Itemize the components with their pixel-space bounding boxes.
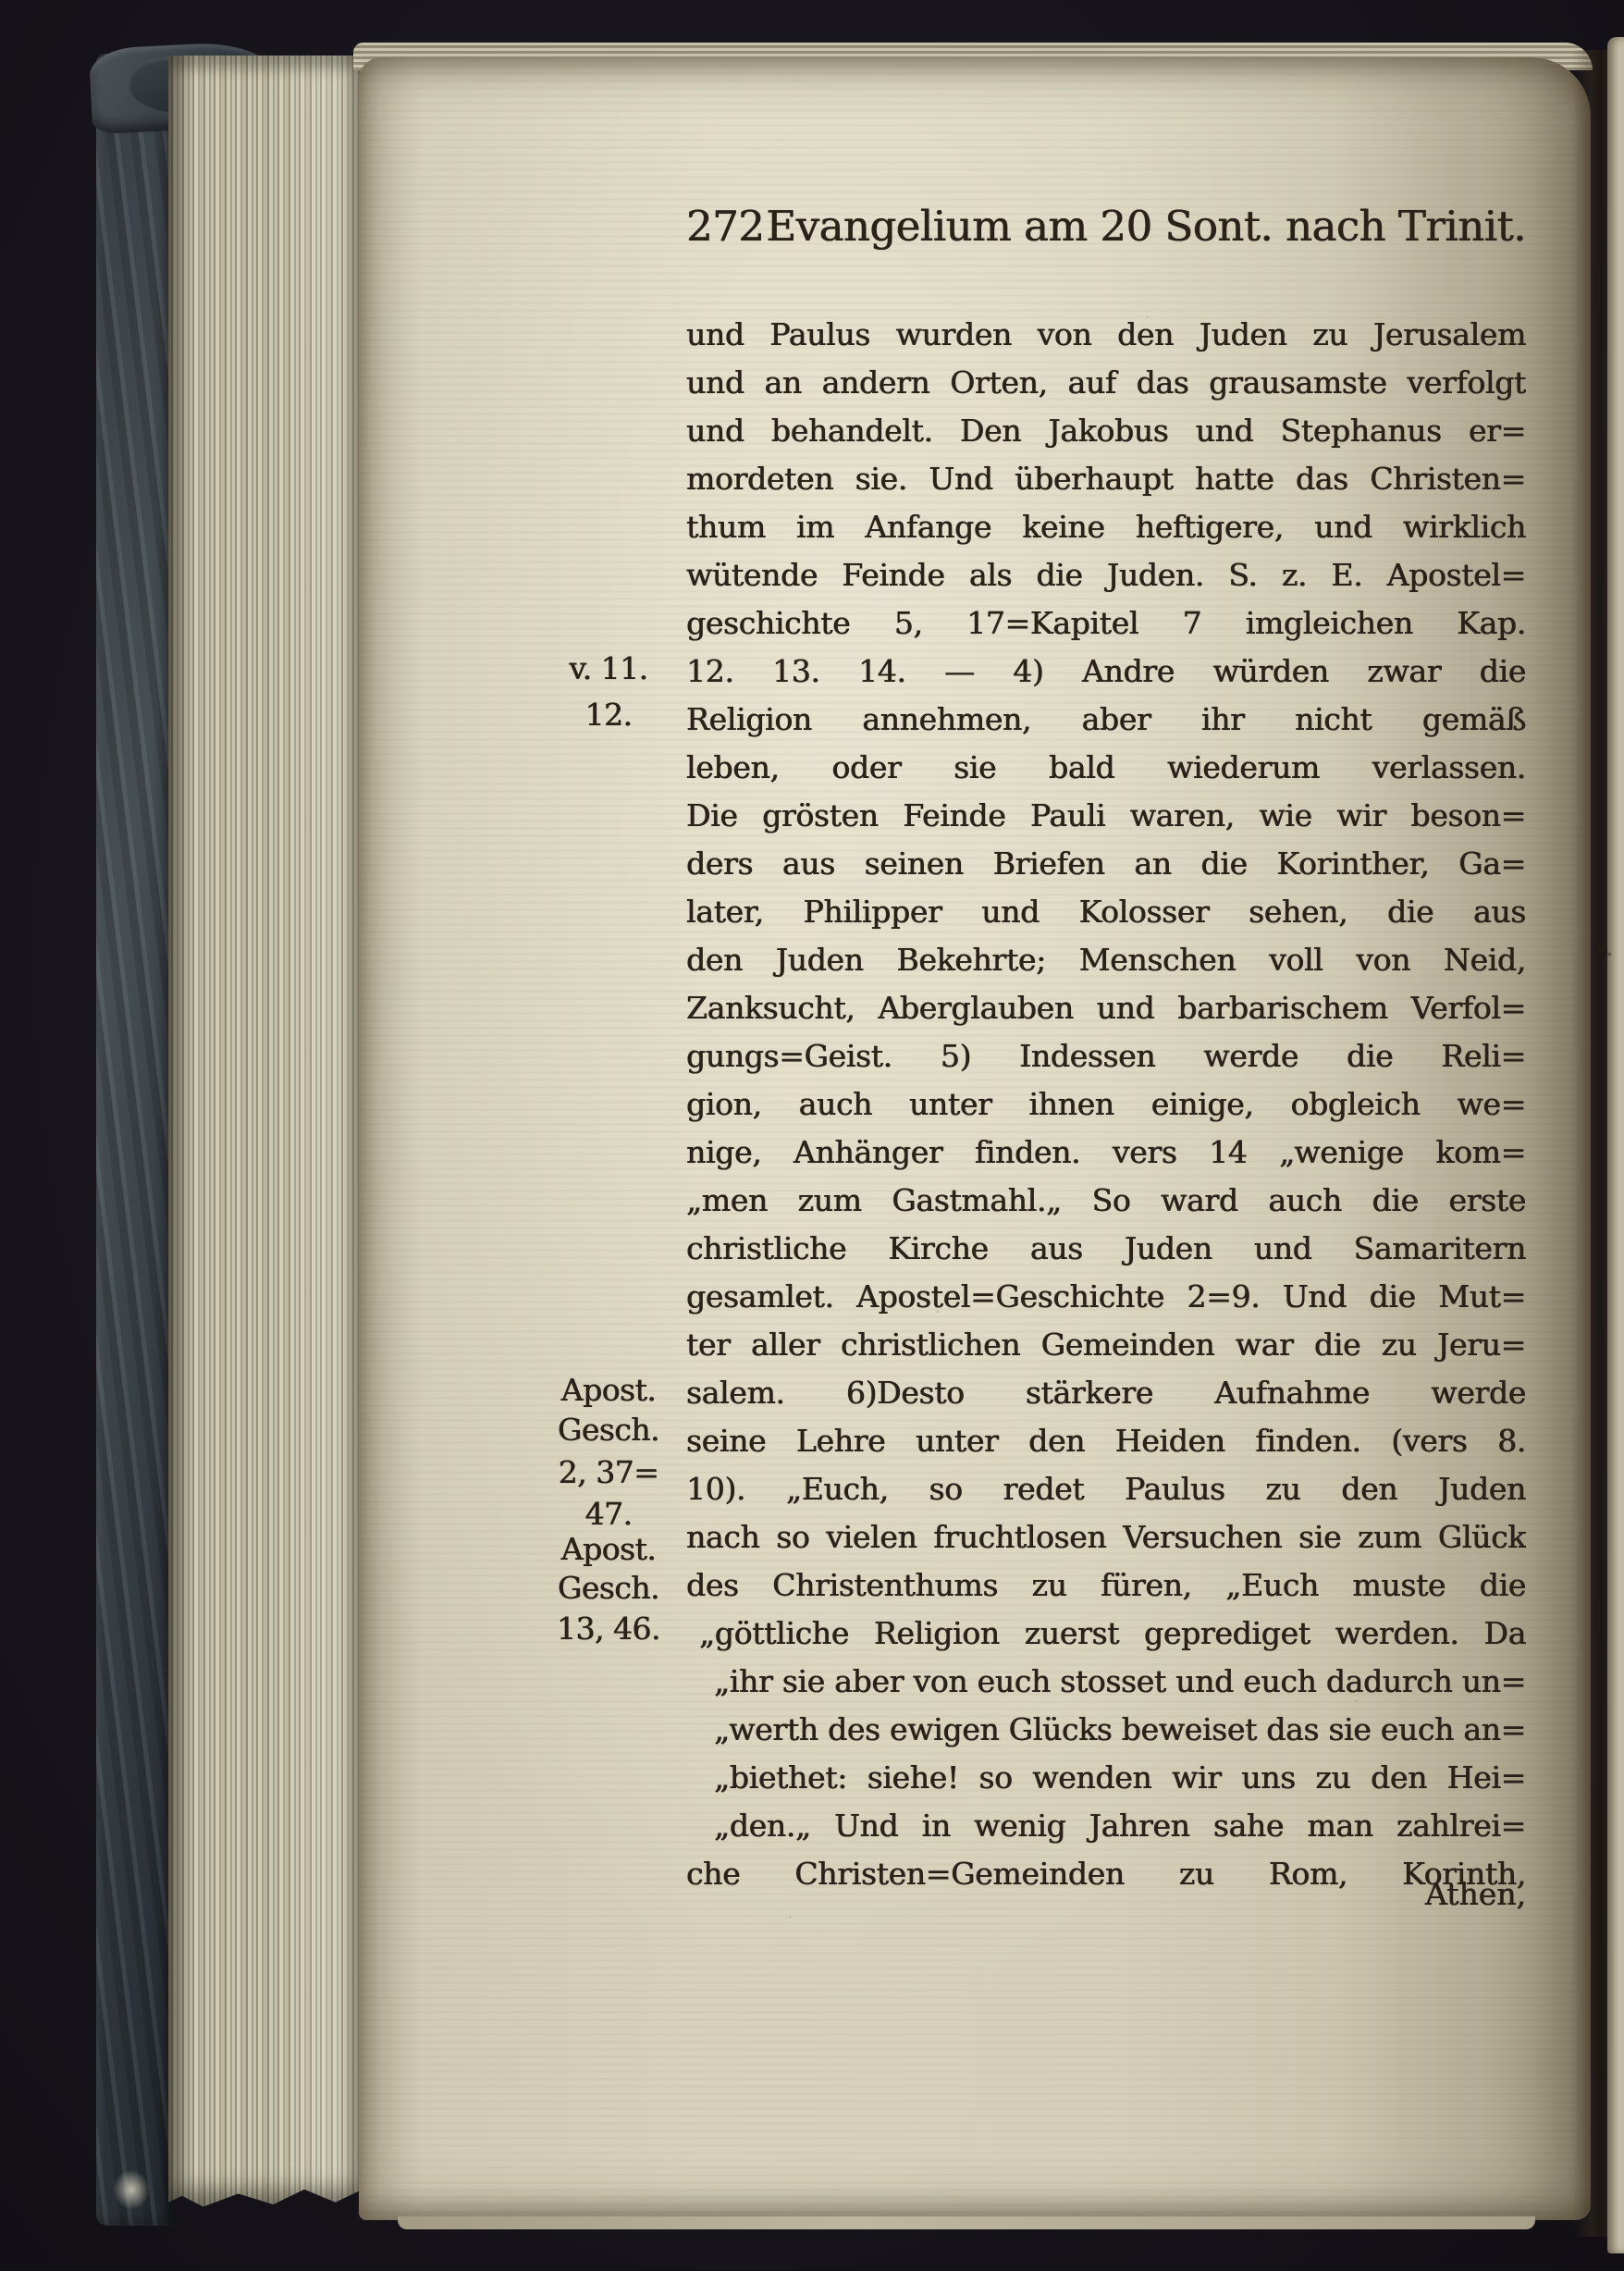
body-line: und behandelt. Den Jakobus und Stephanus…: [686, 407, 1526, 455]
body-line: Zanksucht, Aberglauben und barbarischem …: [686, 984, 1526, 1032]
body-line: gion, auch unter ihnen einige, obgleich …: [686, 1080, 1526, 1129]
body-line: wütende Feinde als die Juden. S. z. E. A…: [686, 551, 1526, 599]
running-title: Evangelium am 20 Sont. nach Trinit.: [766, 202, 1526, 251]
page-number: 272: [686, 202, 764, 251]
body-line: mordeten sie. Und überhaupt hatte das Ch…: [686, 455, 1526, 503]
body-line: „men zum Gastmahl.„ So ward auch die ers…: [686, 1177, 1526, 1225]
page-bottom-edge: [398, 2216, 1535, 2229]
next-page-sliver: [1607, 37, 1624, 2253]
body-line: „göttliche Religion zuerst geprediget we…: [699, 1610, 1526, 1658]
margin-note: Apost.: [529, 1369, 688, 1412]
body-line: nige, Anhänger finden. vers 14 „wenige k…: [686, 1129, 1526, 1177]
body-line: thum im Anfange keine heftigere, und wir…: [686, 503, 1526, 551]
margin-note: 2, 37=: [529, 1451, 688, 1494]
margin-note: Gesch.: [529, 1567, 688, 1610]
gutter-shadow: [1572, 50, 1611, 2237]
body-line: „den.„ Und in wenig Jahren sahe man zahl…: [714, 1802, 1526, 1850]
body-line: nach so vielen fruchtlosen Versuchen sie…: [686, 1513, 1526, 1561]
body-line: later, Philipper und Kolosser sehen, die…: [686, 888, 1526, 936]
body-line: ter aller christlichen Gemeinden war die…: [686, 1321, 1526, 1369]
body-line: „ihr sie aber von euch stosset und euch …: [714, 1658, 1526, 1706]
margin-note: v. 11.: [529, 648, 688, 690]
body-line: gesamlet. Apostel=Geschichte 2=9. Und di…: [686, 1273, 1526, 1321]
running-header: 272 Evangelium am 20 Sont. nach Trinit.: [686, 202, 1526, 251]
body-line: salem. 6)Desto stärkere Aufnahme werde: [686, 1369, 1526, 1417]
body-line: seine Lehre unter den Heiden finden. (ve…: [686, 1417, 1526, 1465]
page-stack-fore-edge: [168, 56, 363, 2211]
body-line: geschichte 5, 17=Kapitel 7 imgleichen Ka…: [686, 599, 1526, 648]
body-line: den Juden Bekehrte; Menschen voll von Ne…: [686, 936, 1526, 984]
book-cover-edge: [96, 54, 174, 2226]
body-line: christliche Kirche aus Juden und Samarit…: [686, 1225, 1526, 1273]
book-photo-scene: 272 Evangelium am 20 Sont. nach Trinit. …: [0, 0, 1624, 2271]
body-line: 10). „Euch, so redet Paulus zu den Juden: [686, 1465, 1526, 1513]
catchword: Athen,: [686, 1870, 1526, 1919]
body-line: Religion annehmen, aber ihr nicht gemäß: [686, 696, 1526, 744]
body-line: des Christenthums zu füren, „Euch muste …: [686, 1561, 1526, 1610]
body-line: „werth des ewigen Glücks beweiset das si…: [714, 1706, 1526, 1754]
body-line: und an andern Orten, auf das grausamste …: [686, 359, 1526, 407]
margin-note: 13, 46.: [529, 1608, 688, 1650]
body-line: 12. 13. 14. — 4) Andre würden zwar die: [686, 648, 1526, 696]
margin-note: Gesch.: [529, 1409, 688, 1451]
body-line: gungs=Geist. 5) Indessen werde die Reli=: [686, 1032, 1526, 1080]
body-line: leben, oder sie bald wiederum verlassen.: [686, 744, 1526, 792]
margin-note: Apost.: [529, 1528, 688, 1571]
body-line: „biethet: siehe! so wenden wir uns zu de…: [714, 1754, 1526, 1802]
body-line: Die grösten Feinde Pauli waren, wie wir …: [686, 792, 1526, 840]
body-line: und Paulus wurden von den Juden zu Jerus…: [686, 311, 1526, 359]
body-line: ders aus seinen Briefen an die Korinther…: [686, 840, 1526, 888]
margin-note: 12.: [529, 694, 688, 736]
